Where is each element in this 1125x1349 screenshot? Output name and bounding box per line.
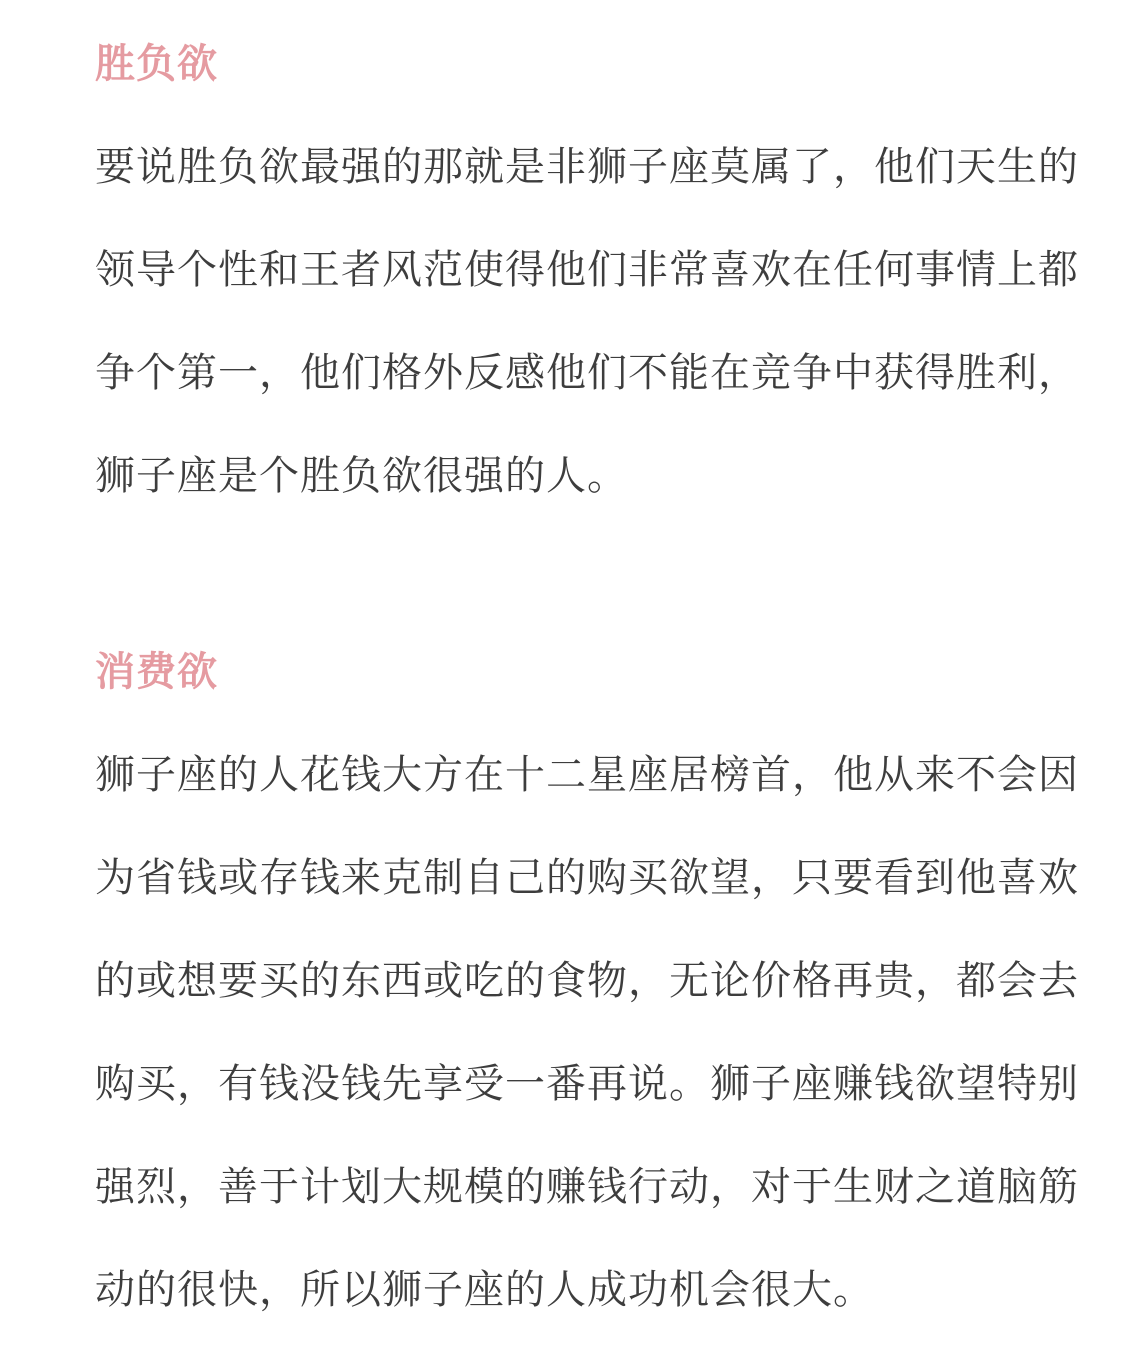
body-text-line: 狮子座是个胜负欲很强的人。 [0, 425, 1125, 528]
body-text-line: 要说胜负欲最强的那就是非狮子座莫属了，他们天生的 [0, 116, 1125, 219]
section-heading: 胜负欲 [0, 13, 1125, 116]
body-text-line: 狮子座的人花钱大方在十二星座居榜首，他从来不会因 [0, 724, 1125, 827]
body-text-line: 为省钱或存钱来克制自己的购买欲望，只要看到他喜欢 [0, 827, 1125, 930]
section-competitive-desire: 胜负欲 要说胜负欲最强的那就是非狮子座莫属了，他们天生的 领导个性和王者风范使得… [0, 13, 1125, 528]
section-heading: 消费欲 [0, 621, 1125, 724]
article-page: 胜负欲 要说胜负欲最强的那就是非狮子座莫属了，他们天生的 领导个性和王者风范使得… [0, 0, 1125, 1349]
body-text-line: 购买，有钱没钱先享受一番再说。狮子座赚钱欲望特别 [0, 1033, 1125, 1136]
body-text-line: 领导个性和王者风范使得他们非常喜欢在任何事情上都 [0, 219, 1125, 322]
body-text-line: 的或想要买的东西或吃的食物，无论价格再贵，都会去 [0, 930, 1125, 1033]
body-text-line: 动的很快，所以狮子座的人成功机会很大。 [0, 1239, 1125, 1342]
section-consumption-desire: 消费欲 狮子座的人花钱大方在十二星座居榜首，他从来不会因 为省钱或存钱来克制自己… [0, 621, 1125, 1342]
body-text-line: 强烈，善于计划大规模的赚钱行动，对于生财之道脑筋 [0, 1136, 1125, 1239]
body-text-line: 争个第一，他们格外反感他们不能在竞争中获得胜利， [0, 322, 1125, 425]
